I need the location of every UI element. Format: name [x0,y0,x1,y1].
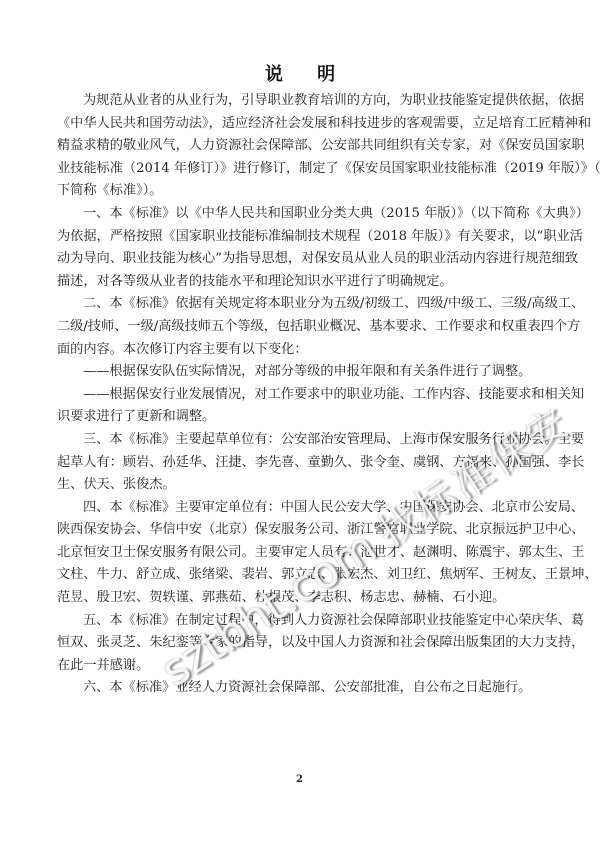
text-line: 北京恒安卫士保安服务有限公司。主要审定人员有：池世才、赵渊明、陈震宇、郭太生、王 [57,542,543,565]
text-line: 一、本《标准》以《中华人民共和国职业分类大典（2015 年版）》（以下简称《大典… [57,203,543,226]
paragraph-item-2: 二、本《标准》依据有关规定将本职业分为五级/初级工、四级/中级工、三级/高级工、… [57,293,543,361]
text-line: 二级/技师、一级/高级技师五个等级，包括职业概况、基本要求、工作要求和权重表四个… [57,316,543,339]
paragraph-item-5: 五、本《标准》在制定过程中，得到人力资源社会保障部职业技能鉴定中心荣庆华、葛恒双… [57,610,543,678]
text-line: 六、本《标准》业经人力资源社会保障部、公安部批准，自公布之日起施行。 [57,677,543,700]
text-line: 《中华人民共和国劳动法》，适应经济社会发展和科技进步的客观需要，立足培育工匠精神… [57,113,543,136]
text-line: 恒双、张灵芝、朱纪銮等专家的指导，以及中国人力资源和社会保障出版集团的大力支持， [57,632,543,655]
text-line: 生、伏天、张俊杰。 [57,474,543,497]
document-page: 说 明 为规范从业者的从业行为，引导职业教育培训的方向，为职业技能鉴定提供依据，… [0,0,600,848]
text-line: 在此一并感谢。 [57,655,543,678]
text-line: 为规范从业者的从业行为，引导职业教育培训的方向，为职业技能鉴定提供依据，依据 [57,90,543,113]
text-line: 陕西保安协会、华信中安（北京）保安服务公司、浙江警官职业学院、北京振远护卫中心、 [57,519,543,542]
text-line: 业技能标准（2014 年修订）》进行修订，制定了《保安员国家职业技能标准（201… [57,158,543,181]
text-line: ——根据保安队伍实际情况，对部分等级的申报年限和有关条件进行了调整。 [57,361,543,384]
paragraph-item-1: 一、本《标准》以《中华人民共和国职业分类大典（2015 年版）》（以下简称《大典… [57,203,543,293]
text-line: 下简称《标准》）。 [57,180,543,203]
paragraph-change-1: ——根据保安队伍实际情况，对部分等级的申报年限和有关条件进行了调整。 [57,361,543,384]
paragraph-change-2: ——根据保安行业发展情况，对工作要求中的职业功能、工作内容、技能要求和相关知识要… [57,384,543,429]
page-title: 说 明 [0,60,600,86]
text-line: 二、本《标准》依据有关规定将本职业分为五级/初级工、四级/中级工、三级/高级工、 [57,293,543,316]
paragraph-intro: 为规范从业者的从业行为，引导职业教育培训的方向，为职业技能鉴定提供依据，依据《中… [57,90,543,203]
paragraph-item-6: 六、本《标准》业经人力资源社会保障部、公安部批准，自公布之日起施行。 [57,677,543,700]
text-line: 三、本《标准》主要起草单位有：公安部治安管理局、上海市保安服务行业协会。主要 [57,429,543,452]
text-line: 动为导向、职业技能为核心”为指导思想，对保安员从业人员的职业活动内容进行规范细致 [57,248,543,271]
text-line: 面的内容。本次修订内容主要有以下变化： [57,339,543,362]
text-line: 文柱、牛力、舒立成、张绪梁、裴岩、郭立志、张宏杰、刘卫红、焦炳军、王树友、王景坤… [57,564,543,587]
text-line: 范昱、殷卫宏、贺轶谨、郭燕茹、杜根茂、李志积、杨志忠、赫楠、石小迎。 [57,587,543,610]
text-line: 描述，对各等级从业者的技能水平和理论知识水平进行了明确规定。 [57,271,543,294]
paragraph-item-3: 三、本《标准》主要起草单位有：公安部治安管理局、上海市保安服务行业协会。主要起草… [57,429,543,497]
paragraph-item-4: 四、本《标准》主要审定单位有：中国人民公安大学、中国保安协会、北京市公安局、陕西… [57,497,543,610]
text-line: 起草人有：顾岩、孙廷华、汪捷、李先喜、童勤久、张令奎、虞钢、方福来、孙国强、李长 [57,452,543,475]
page-number: 2 [296,774,303,785]
text-line: ——根据保安行业发展情况，对工作要求中的职业功能、工作内容、技能要求和相关知 [57,384,543,407]
document-body: 为规范从业者的从业行为，引导职业教育培训的方向，为职业技能鉴定提供依据，依据《中… [57,90,543,700]
text-line: 为依据，严格按照《国家职业技能标准编制技术规程（2018 年版）》有关要求，以“… [57,226,543,249]
text-line: 识要求进行了更新和调整。 [57,406,543,429]
text-line: 四、本《标准》主要审定单位有：中国人民公安大学、中国保安协会、北京市公安局、 [57,497,543,520]
text-line: 精益求精的敬业风气，人力资源社会保障部、公安部共同组织有关专家，对《保安员国家职 [57,135,543,158]
text-line: 五、本《标准》在制定过程中，得到人力资源社会保障部职业技能鉴定中心荣庆华、葛 [57,610,543,633]
